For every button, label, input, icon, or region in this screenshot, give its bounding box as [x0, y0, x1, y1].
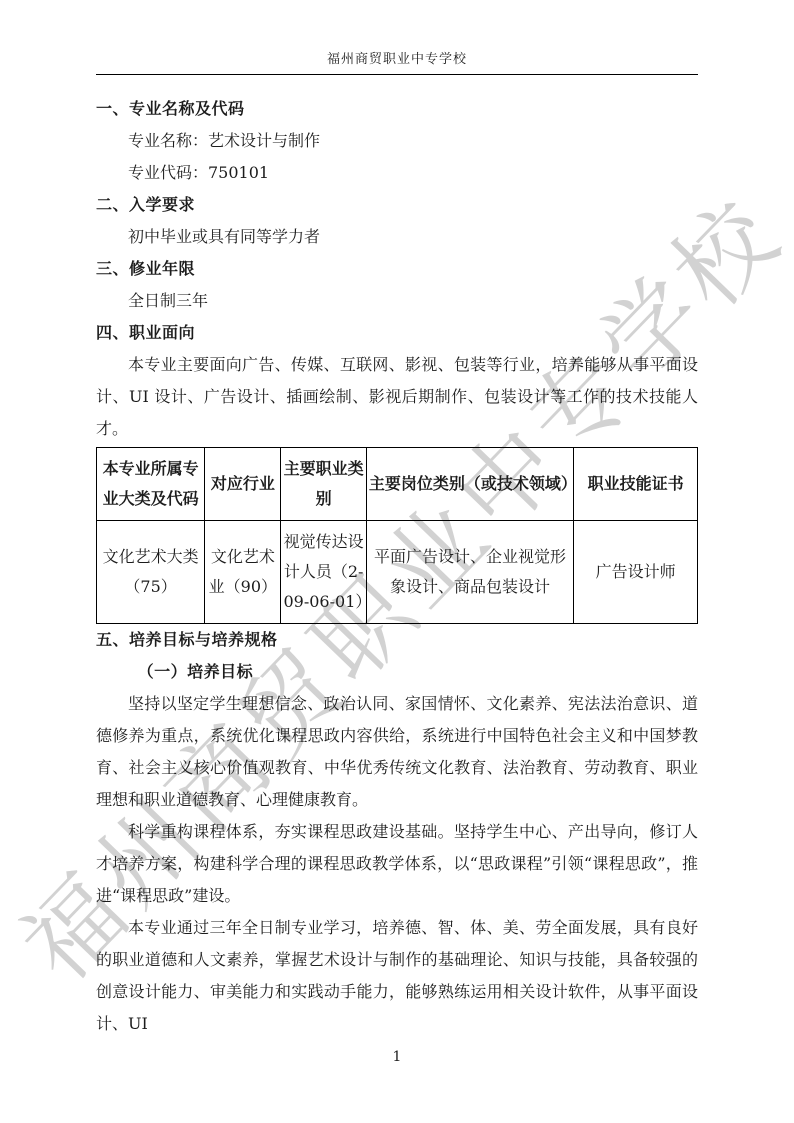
cell-major-category: 文化艺术大类（75） — [97, 521, 205, 624]
career-table-header-post-category: 主要岗位类别（或技术领域） — [366, 448, 573, 521]
section-4-heading: 四、职业面向 — [96, 317, 698, 349]
cell-post-category: 平面广告设计、企业视觉形象设计、商品包装设计 — [366, 521, 573, 624]
cell-industry: 文化艺术业（90） — [205, 521, 281, 624]
career-table-header-row: 本专业所属专业大类及代码 对应行业 主要职业类别 主要岗位类别（或技术领域） 职… — [97, 448, 698, 521]
admission-requirement-line: 初中毕业或具有同等学力者 — [96, 221, 698, 253]
training-goal-paragraph-3: 本专业通过三年全日制专业学习，培养德、智、体、美、劳全面发展，具有良好的职业道德… — [96, 912, 698, 1040]
career-orientation-paragraph: 本专业主要面向广告、传媒、互联网、影视、包装等行业，培养能够从事平面设计、UI … — [96, 349, 698, 445]
career-table-header-industry: 对应行业 — [205, 448, 281, 521]
training-goal-paragraph-1: 坚持以坚定学生理想信念、政治认同、家国情怀、文化素养、宪法法治意识、道德修养为重… — [96, 688, 698, 816]
section-1-heading: 一、专业名称及代码 — [96, 93, 698, 125]
career-table-header-major-category: 本专业所属专业大类及代码 — [97, 448, 205, 521]
career-table-row: 文化艺术大类（75） 文化艺术业（90） 视觉传达设计人员（2-09-06-01… — [97, 521, 698, 624]
major-name-line: 专业名称：艺术设计与制作 — [96, 125, 698, 157]
study-duration-line: 全日制三年 — [96, 285, 698, 317]
document-page: 福州商贸职业中专学校 福州商贸职业中专学校 一、专业名称及代码 专业名称：艺术设… — [0, 0, 794, 1123]
section-5-heading: 五、培养目标与培养规格 — [96, 624, 698, 656]
subsection-1-heading: （一）培养目标 — [138, 656, 698, 688]
training-goal-paragraph-2: 科学重构课程体系，夯实课程思政建设基础。坚持学生中心、产出导向，修订人才培养方案… — [96, 816, 698, 912]
school-name: 福州商贸职业中专学校 — [327, 52, 467, 67]
career-table: 本专业所属专业大类及代码 对应行业 主要职业类别 主要岗位类别（或技术领域） 职… — [96, 447, 698, 624]
page-number: 1 — [0, 1049, 794, 1065]
career-table-header-certificate: 职业技能证书 — [574, 448, 698, 521]
page-content: 福州商贸职业中专学校 一、专业名称及代码 专业名称：艺术设计与制作 专业代码：7… — [0, 0, 794, 1040]
career-table-header-occupation: 主要职业类别 — [281, 448, 366, 521]
cell-occupation: 视觉传达设计人员（2-09-06-01） — [281, 521, 366, 624]
section-2-heading: 二、入学要求 — [96, 189, 698, 221]
page-header: 福州商贸职业中专学校 — [96, 48, 698, 75]
cell-certificate: 广告设计师 — [574, 521, 698, 624]
page-number-value: 1 — [393, 1049, 402, 1065]
section-3-heading: 三、修业年限 — [96, 253, 698, 285]
major-code-line: 专业代码：750101 — [96, 157, 698, 189]
